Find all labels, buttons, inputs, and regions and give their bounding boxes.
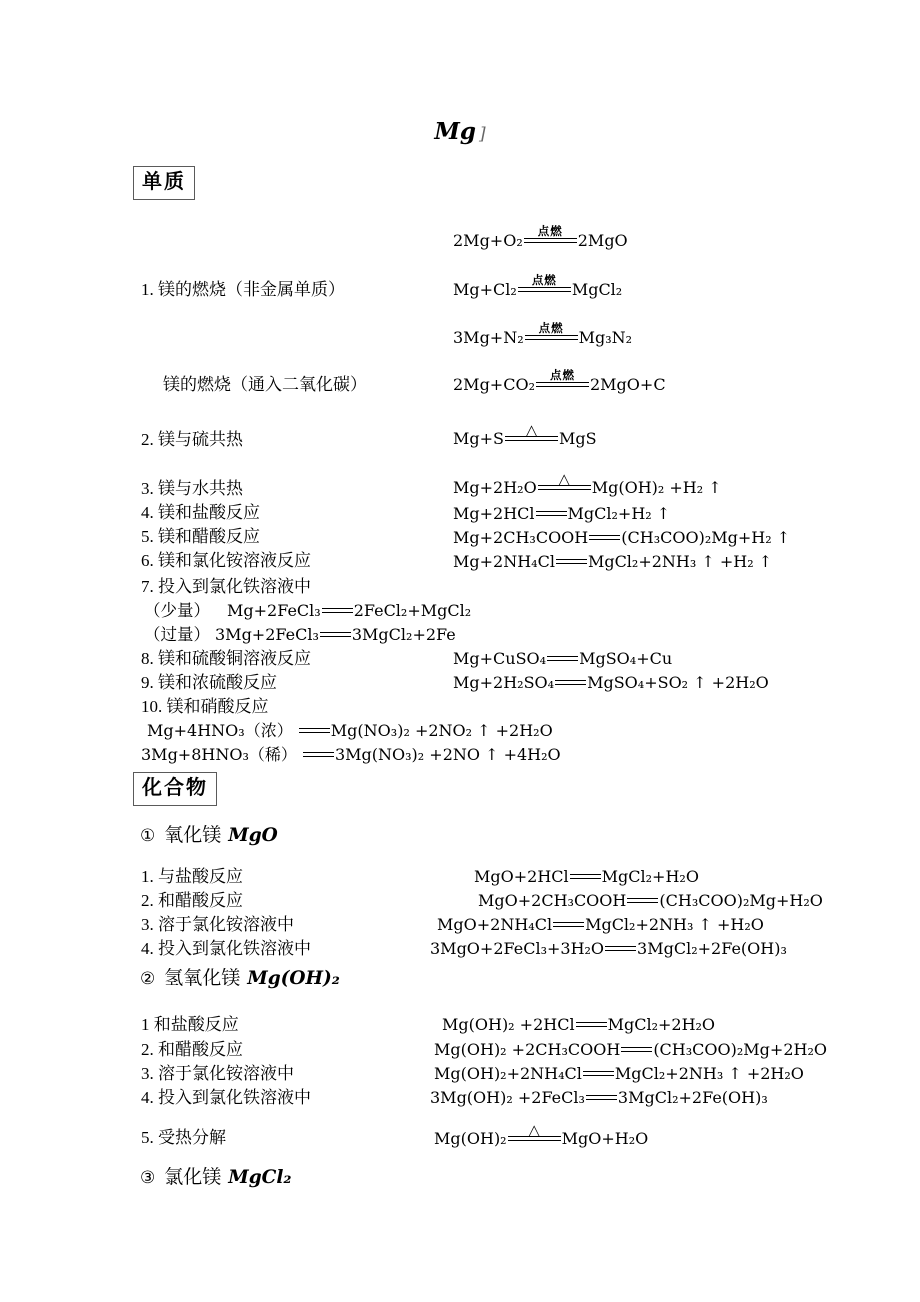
label-mgoh2-fecl3: 4. 投入到氯化铁溶液中	[141, 1088, 311, 1108]
equation-lhs: MgO+2CH₃COOH	[478, 891, 626, 910]
equation-lhs: 2Mg+CO₂	[453, 375, 535, 394]
equals-double-line: △	[538, 485, 591, 490]
equation-lhs: Mg(OH)₂	[434, 1129, 507, 1148]
label-mgoh2-nh4cl: 3. 溶于氯化铵溶液中	[141, 1064, 294, 1084]
label-mgo-fecl3: 4. 投入到氯化铁溶液中	[141, 939, 311, 959]
label-mg-burning-co2: 镁的燃烧（通入二氧化碳）	[163, 375, 367, 395]
circled-number-3: ③	[140, 1168, 155, 1187]
label-mgoh2-heat: 5. 受热分解	[141, 1128, 226, 1148]
equation-lhs: 3Mg+2FeCl₃	[215, 625, 319, 644]
equation-rhs: 3Mg(NO₃)₂ +2NO ↑ +4H₂O	[335, 745, 561, 764]
subsection-formula: Mg(OH)₂	[247, 968, 340, 989]
equals-double-line: 点燃	[536, 382, 589, 387]
equals-double-line	[303, 752, 334, 757]
equals-double-line	[553, 922, 584, 927]
page-title-text: Mg	[434, 118, 476, 145]
equals-double-line	[605, 946, 636, 951]
circled-number-1: ①	[140, 826, 155, 845]
equation-mg-n2: 3Mg+N₂点燃Mg₃N₂	[453, 328, 632, 348]
equation-mg-nh4cl: Mg+2NH₄ClMgCl₂+2NH₃ ↑ +H₂ ↑	[453, 552, 772, 572]
label-mgo-acetic: 2. 和醋酸反应	[141, 891, 243, 911]
equation-rhs: Mg(OH)₂ +H₂ ↑	[592, 478, 722, 497]
section-heading-element: 单质	[133, 166, 195, 200]
label-mgo-nh4cl: 3. 溶于氯化铵溶液中	[141, 915, 294, 935]
equation-lhs: MgO+2NH₄Cl	[437, 915, 552, 934]
circled-number-2: ②	[140, 969, 155, 988]
equals-double-line	[583, 1071, 614, 1076]
equation-rhs: Mg(NO₃)₂ +2NO₂ ↑ +2H₂O	[331, 721, 553, 740]
equals-double-line: 点燃	[524, 238, 577, 243]
page-title-suffix: ]	[479, 124, 486, 144]
equation-rhs: MgSO₄+Cu	[579, 649, 672, 668]
equation-lhs: 2Mg+O₂	[453, 231, 523, 250]
equation-rhs: Mg₃N₂	[579, 328, 632, 347]
equals-double-line: 点燃	[518, 287, 571, 292]
heat-condition-triangle: △	[528, 1123, 540, 1138]
label-mg-water: 3. 镁与水共热	[141, 479, 243, 499]
equation-rhs: MgS	[559, 429, 597, 448]
heat-condition-triangle: △	[558, 472, 570, 487]
ignite-condition-label: 点燃	[538, 226, 563, 238]
label-mg-burning: 1. 镁的燃烧（非金属单质）	[141, 280, 345, 300]
equals-double-line	[576, 1022, 607, 1027]
document-page: Mg] 单质 2Mg+O₂点燃2MgO 1. 镁的燃烧（非金属单质） Mg+Cl…	[0, 0, 920, 1302]
equals-double-line	[299, 728, 330, 733]
label-mg-cuso4: 8. 镁和硫酸铜溶液反应	[141, 649, 311, 669]
equation-lhs: Mg+4HNO₃（浓）	[147, 721, 298, 740]
equation-mg-o2: 2Mg+O₂点燃2MgO	[453, 231, 628, 251]
equation-mg-acetic: Mg+2CH₃COOH(CH₃COO)₂Mg+H₂ ↑	[453, 528, 790, 548]
ignite-condition-label: 点燃	[550, 370, 575, 382]
label-mg-h2so4: 9. 镁和浓硫酸反应	[141, 673, 277, 693]
heat-condition-triangle: △	[526, 423, 538, 438]
label-mg-hno3: 10. 镁和硝酸反应	[141, 697, 269, 717]
equation-lhs: MgO+2HCl	[474, 867, 569, 886]
equals-double-line	[556, 559, 587, 564]
equation-lhs: Mg+2CH₃COOH	[453, 528, 588, 547]
equation-mg-s: Mg+S△MgS	[453, 429, 597, 449]
equation-lhs: Mg+2H₂O	[453, 478, 537, 497]
equation-lhs: 3Mg+N₂	[453, 328, 524, 347]
equals-double-line	[322, 608, 353, 613]
equation-rhs: 2MgO+C	[590, 375, 666, 394]
equation-lhs: Mg(OH)₂+2NH₄Cl	[434, 1064, 582, 1083]
equation-rhs: MgCl₂+2NH₃ ↑ +2H₂O	[615, 1064, 804, 1083]
subsection-heading-mgoh2: ②氢氧化镁Mg(OH)₂	[140, 968, 340, 991]
label-mg-fecl3: 7. 投入到氯化铁溶液中	[141, 577, 311, 597]
equation-lhs: Mg+2HCl	[453, 504, 535, 523]
equation-rhs: 3MgCl₂+2Fe(OH)₃	[637, 939, 787, 958]
label-mg-hcl: 4. 镁和盐酸反应	[141, 503, 260, 523]
equation-rhs: (CH₃COO)₂Mg+2H₂O	[653, 1040, 827, 1059]
equation-rhs: 3MgCl₂+2Fe	[352, 625, 456, 644]
equals-double-line	[621, 1047, 652, 1052]
equals-double-line: 点燃	[525, 335, 578, 340]
equation-rhs: 3MgCl₂+2Fe(OH)₃	[618, 1088, 768, 1107]
equation-lhs: Mg(OH)₂ +2HCl	[442, 1015, 575, 1034]
equation-lhs: Mg+2NH₄Cl	[453, 552, 555, 571]
equals-double-line	[536, 511, 567, 516]
equation-mg-hcl: Mg+2HClMgCl₂+H₂ ↑	[453, 504, 670, 524]
equation-prefix: （少量）	[144, 601, 210, 620]
equation-mg-hno3-dilute: 3Mg+8HNO₃（稀） 3Mg(NO₃)₂ +2NO ↑ +4H₂O	[141, 745, 561, 765]
equation-rhs: MgCl₂	[572, 280, 622, 299]
label-mgoh2-acetic: 2. 和醋酸反应	[141, 1040, 243, 1060]
equation-rhs: MgCl₂+2NH₃ ↑ +H₂ ↑	[588, 552, 772, 571]
equals-double-line	[555, 680, 586, 685]
equation-mgoh2-fecl3: 3Mg(OH)₂ +2FeCl₃3MgCl₂+2Fe(OH)₃	[430, 1088, 768, 1108]
equation-rhs: (CH₃COO)₂Mg+H₂O	[659, 891, 823, 910]
equation-rhs: MgSO₄+SO₂ ↑ +2H₂O	[587, 673, 769, 692]
equation-lhs: Mg+2H₂SO₄	[453, 673, 554, 692]
equation-prefix: （过量）	[144, 625, 210, 644]
equation-mg-cl2: Mg+Cl₂点燃MgCl₂	[453, 280, 622, 300]
section-heading-compounds: 化合物	[133, 772, 217, 806]
ignite-condition-label: 点燃	[532, 275, 557, 287]
equation-lhs: 3Mg(OH)₂ +2FeCl₃	[430, 1088, 585, 1107]
equation-rhs: MgO+H₂O	[562, 1129, 649, 1148]
equation-lhs: 3MgO+2FeCl₃+3H₂O	[430, 939, 604, 958]
equation-rhs: 2FeCl₂+MgCl₂	[354, 601, 471, 620]
equation-rhs: 2MgO	[578, 231, 628, 250]
equation-mgoh2-nh4cl: Mg(OH)₂+2NH₄ClMgCl₂+2NH₃ ↑ +2H₂O	[434, 1064, 804, 1084]
equation-mg-h2o: Mg+2H₂O△Mg(OH)₂ +H₂ ↑	[453, 478, 722, 498]
equation-rhs: MgCl₂+2H₂O	[608, 1015, 715, 1034]
equals-double-line	[547, 656, 578, 661]
equation-rhs: (CH₃COO)₂Mg+H₂ ↑	[621, 528, 790, 547]
equals-double-line	[570, 874, 601, 879]
equals-double-line	[320, 632, 351, 637]
label-mgoh2-hcl: 1 和盐酸反应	[141, 1015, 239, 1035]
equation-mg-hno3-concentrated: Mg+4HNO₃（浓） Mg(NO₃)₂ +2NO₂ ↑ +2H₂O	[147, 721, 553, 741]
subsection-heading-mgcl2: ③氯化镁MgCl₂	[140, 1167, 292, 1190]
equation-mg-h2so4: Mg+2H₂SO₄MgSO₄+SO₂ ↑ +2H₂O	[453, 673, 769, 693]
equation-lhs: Mg+2FeCl₃	[227, 601, 321, 620]
ignite-condition-label: 点燃	[539, 323, 564, 335]
equation-mg-fecl3-small: （少量）Mg+2FeCl₃2FeCl₂+MgCl₂	[144, 601, 471, 622]
page-title: Mg]	[0, 118, 920, 146]
equation-rhs: MgCl₂+H₂O	[602, 867, 699, 886]
equals-double-line	[586, 1095, 617, 1100]
equation-lhs: Mg+CuSO₄	[453, 649, 546, 668]
label-mgo-hcl: 1. 与盐酸反应	[141, 867, 243, 887]
subsection-formula: MgCl₂	[228, 1167, 291, 1188]
label-mg-nh4cl: 6. 镁和氯化铵溶液反应	[141, 551, 311, 571]
equation-lhs: Mg+S	[453, 429, 504, 448]
subsection-heading-mgo: ①氧化镁MgO	[140, 825, 278, 848]
equation-mgo-acetic: MgO+2CH₃COOH(CH₃COO)₂Mg+H₂O	[478, 891, 823, 911]
subsection-name: 氧化镁	[164, 825, 221, 846]
label-mg-acetic: 5. 镁和醋酸反应	[141, 527, 260, 547]
equation-mgoh2-hcl: Mg(OH)₂ +2HClMgCl₂+2H₂O	[442, 1015, 715, 1035]
equation-mg-co2: 2Mg+CO₂点燃2MgO+C	[453, 375, 666, 395]
subsection-name: 氢氧化镁	[164, 968, 240, 989]
equation-rhs: MgCl₂+H₂ ↑	[568, 504, 671, 523]
equation-mgo-hcl: MgO+2HClMgCl₂+H₂O	[474, 867, 699, 887]
equals-double-line: △	[505, 436, 558, 441]
equation-mgoh2-acetic: Mg(OH)₂ +2CH₃COOH(CH₃COO)₂Mg+2H₂O	[434, 1040, 827, 1060]
equation-mgo-nh4cl: MgO+2NH₄ClMgCl₂+2NH₃ ↑ +H₂O	[437, 915, 764, 935]
subsection-formula: MgO	[228, 825, 278, 846]
equation-mg-fecl3-excess: （过量）3Mg+2FeCl₃3MgCl₂+2Fe	[144, 625, 456, 646]
label-mg-sulfur: 2. 镁与硫共热	[141, 430, 243, 450]
equals-double-line	[627, 898, 658, 903]
equals-double-line: △	[508, 1136, 561, 1141]
subsection-name: 氯化镁	[164, 1167, 221, 1188]
equals-double-line	[589, 535, 620, 540]
equation-lhs: Mg(OH)₂ +2CH₃COOH	[434, 1040, 620, 1059]
equation-mg-cuso4: Mg+CuSO₄MgSO₄+Cu	[453, 649, 672, 669]
equation-rhs: MgCl₂+2NH₃ ↑ +H₂O	[585, 915, 764, 934]
equation-lhs: Mg+Cl₂	[453, 280, 517, 299]
equation-mgoh2-decompose: Mg(OH)₂△MgO+H₂O	[434, 1129, 648, 1149]
equation-mgo-fecl3: 3MgO+2FeCl₃+3H₂O3MgCl₂+2Fe(OH)₃	[430, 939, 787, 959]
equation-lhs: 3Mg+8HNO₃（稀）	[141, 745, 302, 764]
